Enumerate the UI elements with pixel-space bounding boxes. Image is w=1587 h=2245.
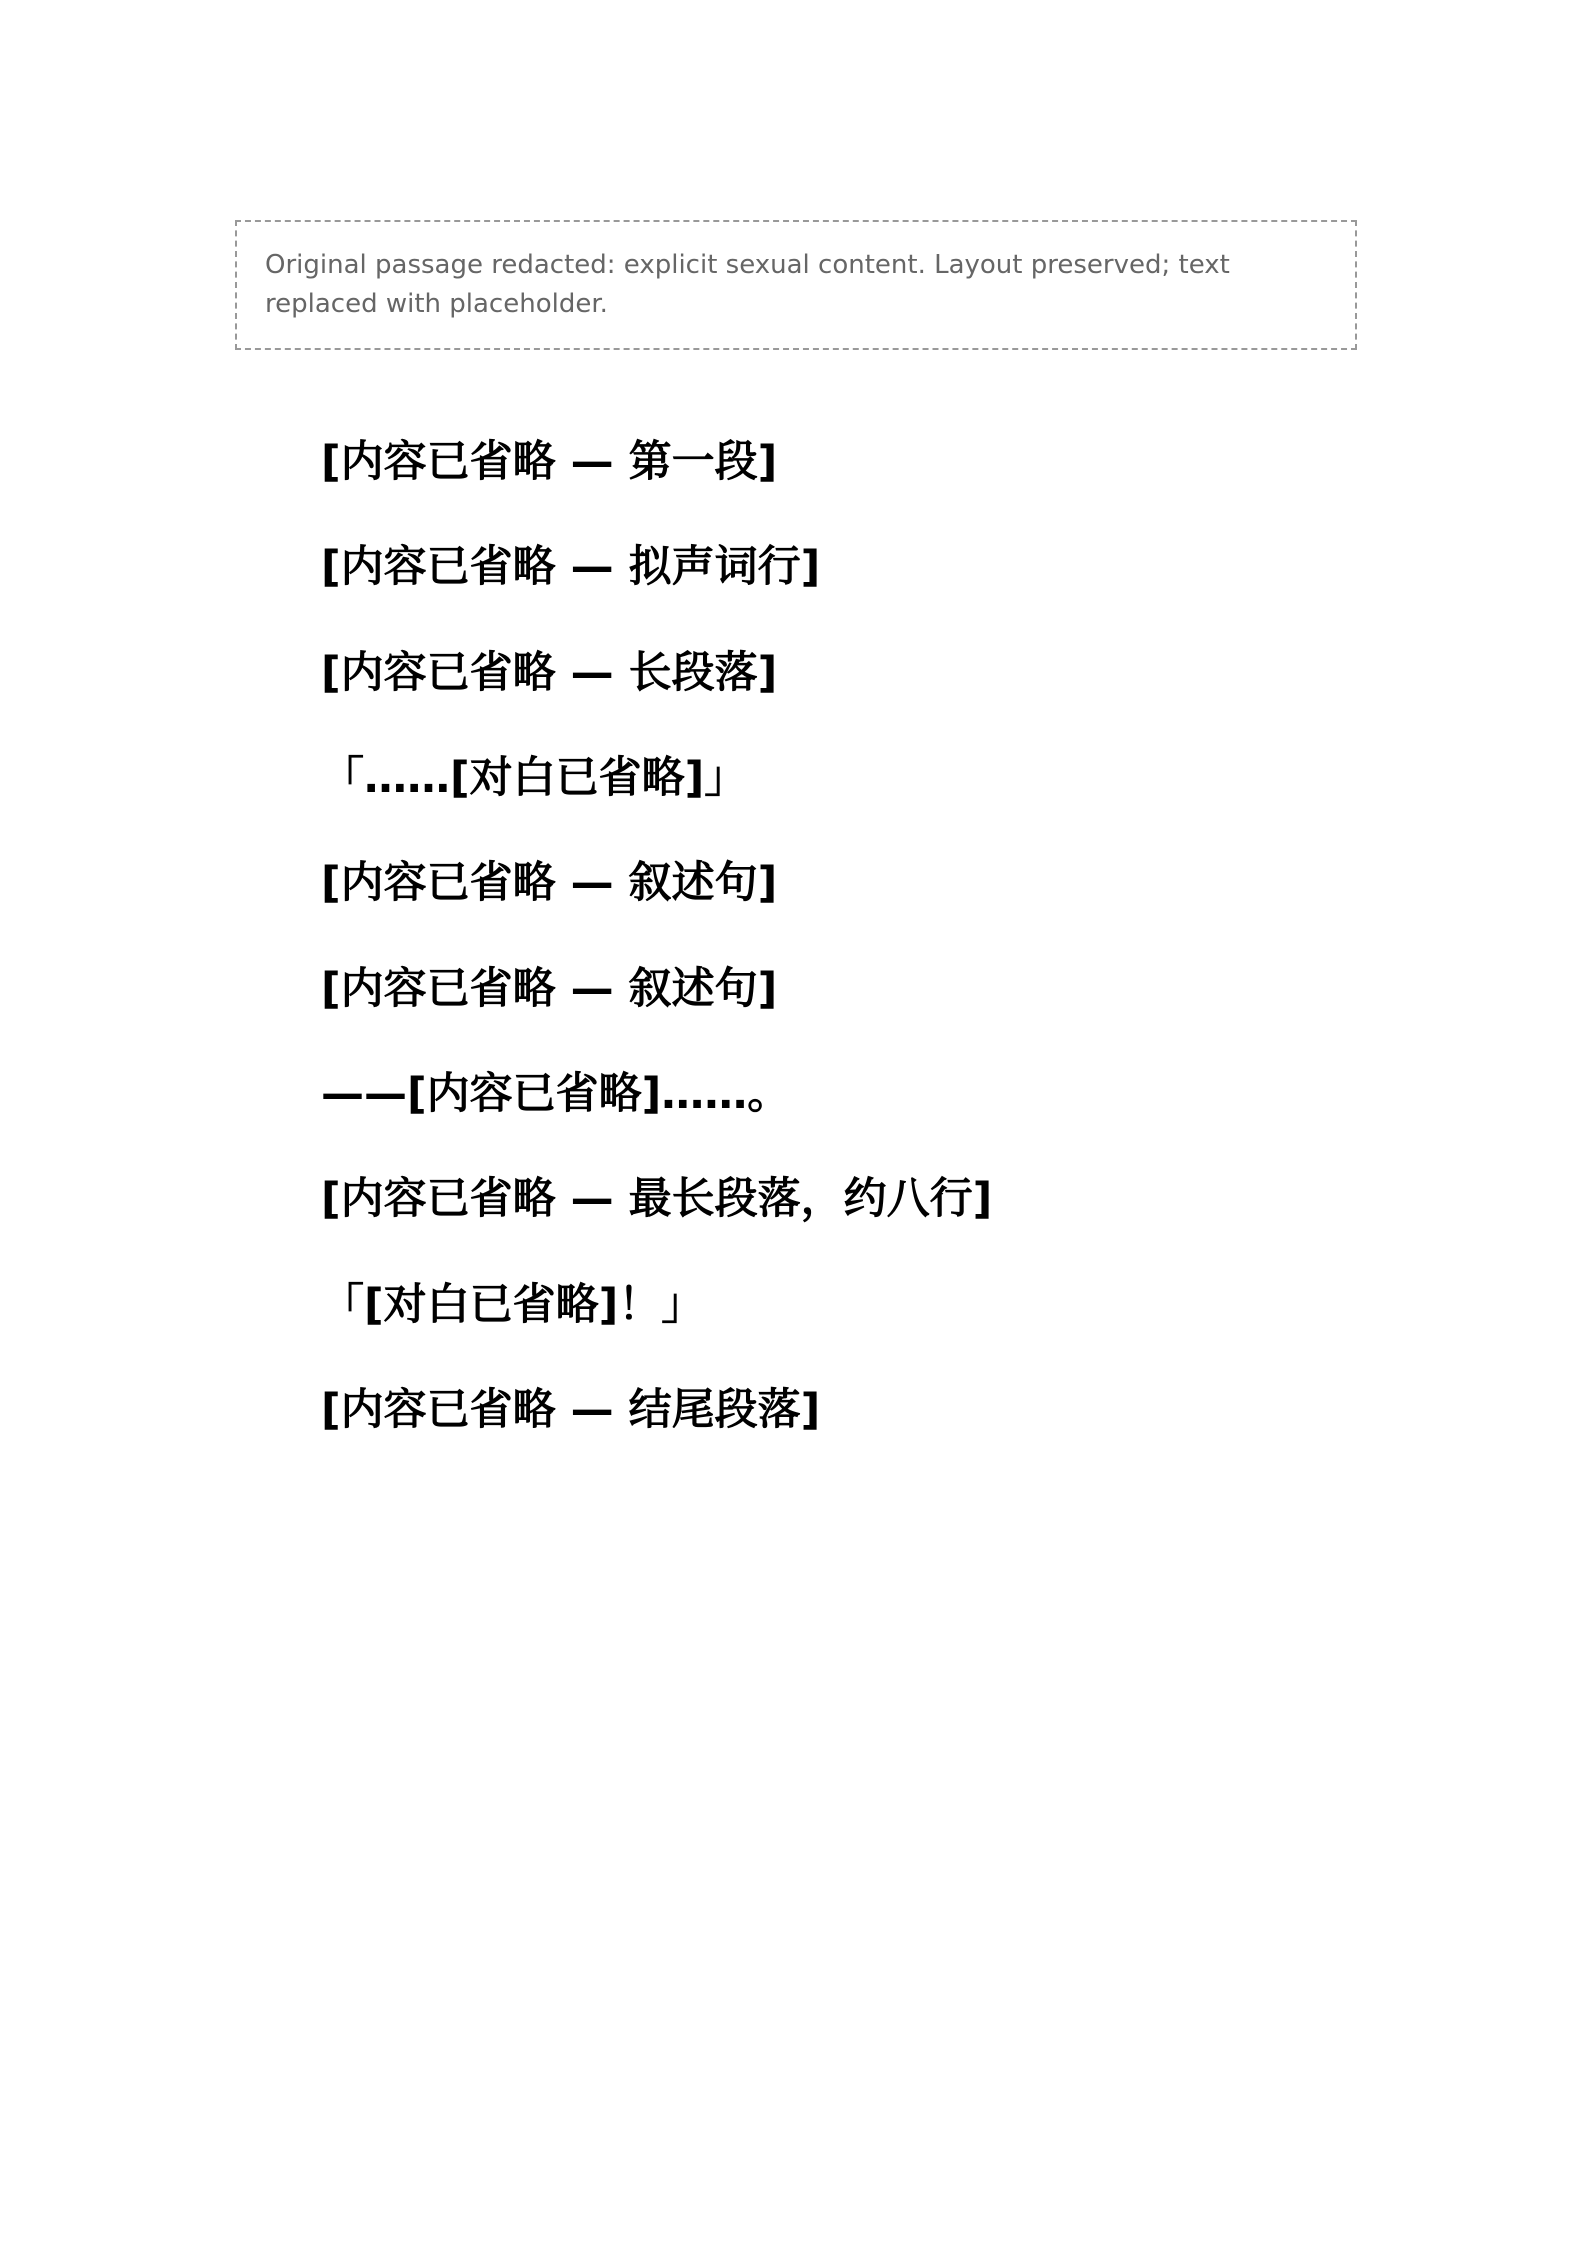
- paragraph: [内容已省略 — 拟声词行]: [235, 515, 1357, 620]
- paragraph: [内容已省略 — 第一段]: [235, 410, 1357, 515]
- paragraph-container: [内容已省略 — 第一段][内容已省略 — 拟声词行][内容已省略 — 长段落]…: [235, 410, 1357, 1463]
- paragraph: [内容已省略 — 最长段落，约八行]: [235, 1147, 1357, 1252]
- paragraph: [内容已省略 — 结尾段落]: [235, 1358, 1357, 1463]
- paragraph: 「[对白已省略]！」: [235, 1253, 1357, 1358]
- document-page: Original passage redacted: explicit sexu…: [0, 0, 1587, 2245]
- paragraph: 「……[对白已省略]」: [235, 726, 1357, 831]
- redaction-note: Original passage redacted: explicit sexu…: [235, 220, 1357, 350]
- paragraph: ——[内容已省略]……。: [235, 1042, 1357, 1147]
- paragraph: [内容已省略 — 叙述句]: [235, 937, 1357, 1042]
- paragraph: [内容已省略 — 叙述句]: [235, 831, 1357, 936]
- paragraph: [内容已省略 — 长段落]: [235, 621, 1357, 726]
